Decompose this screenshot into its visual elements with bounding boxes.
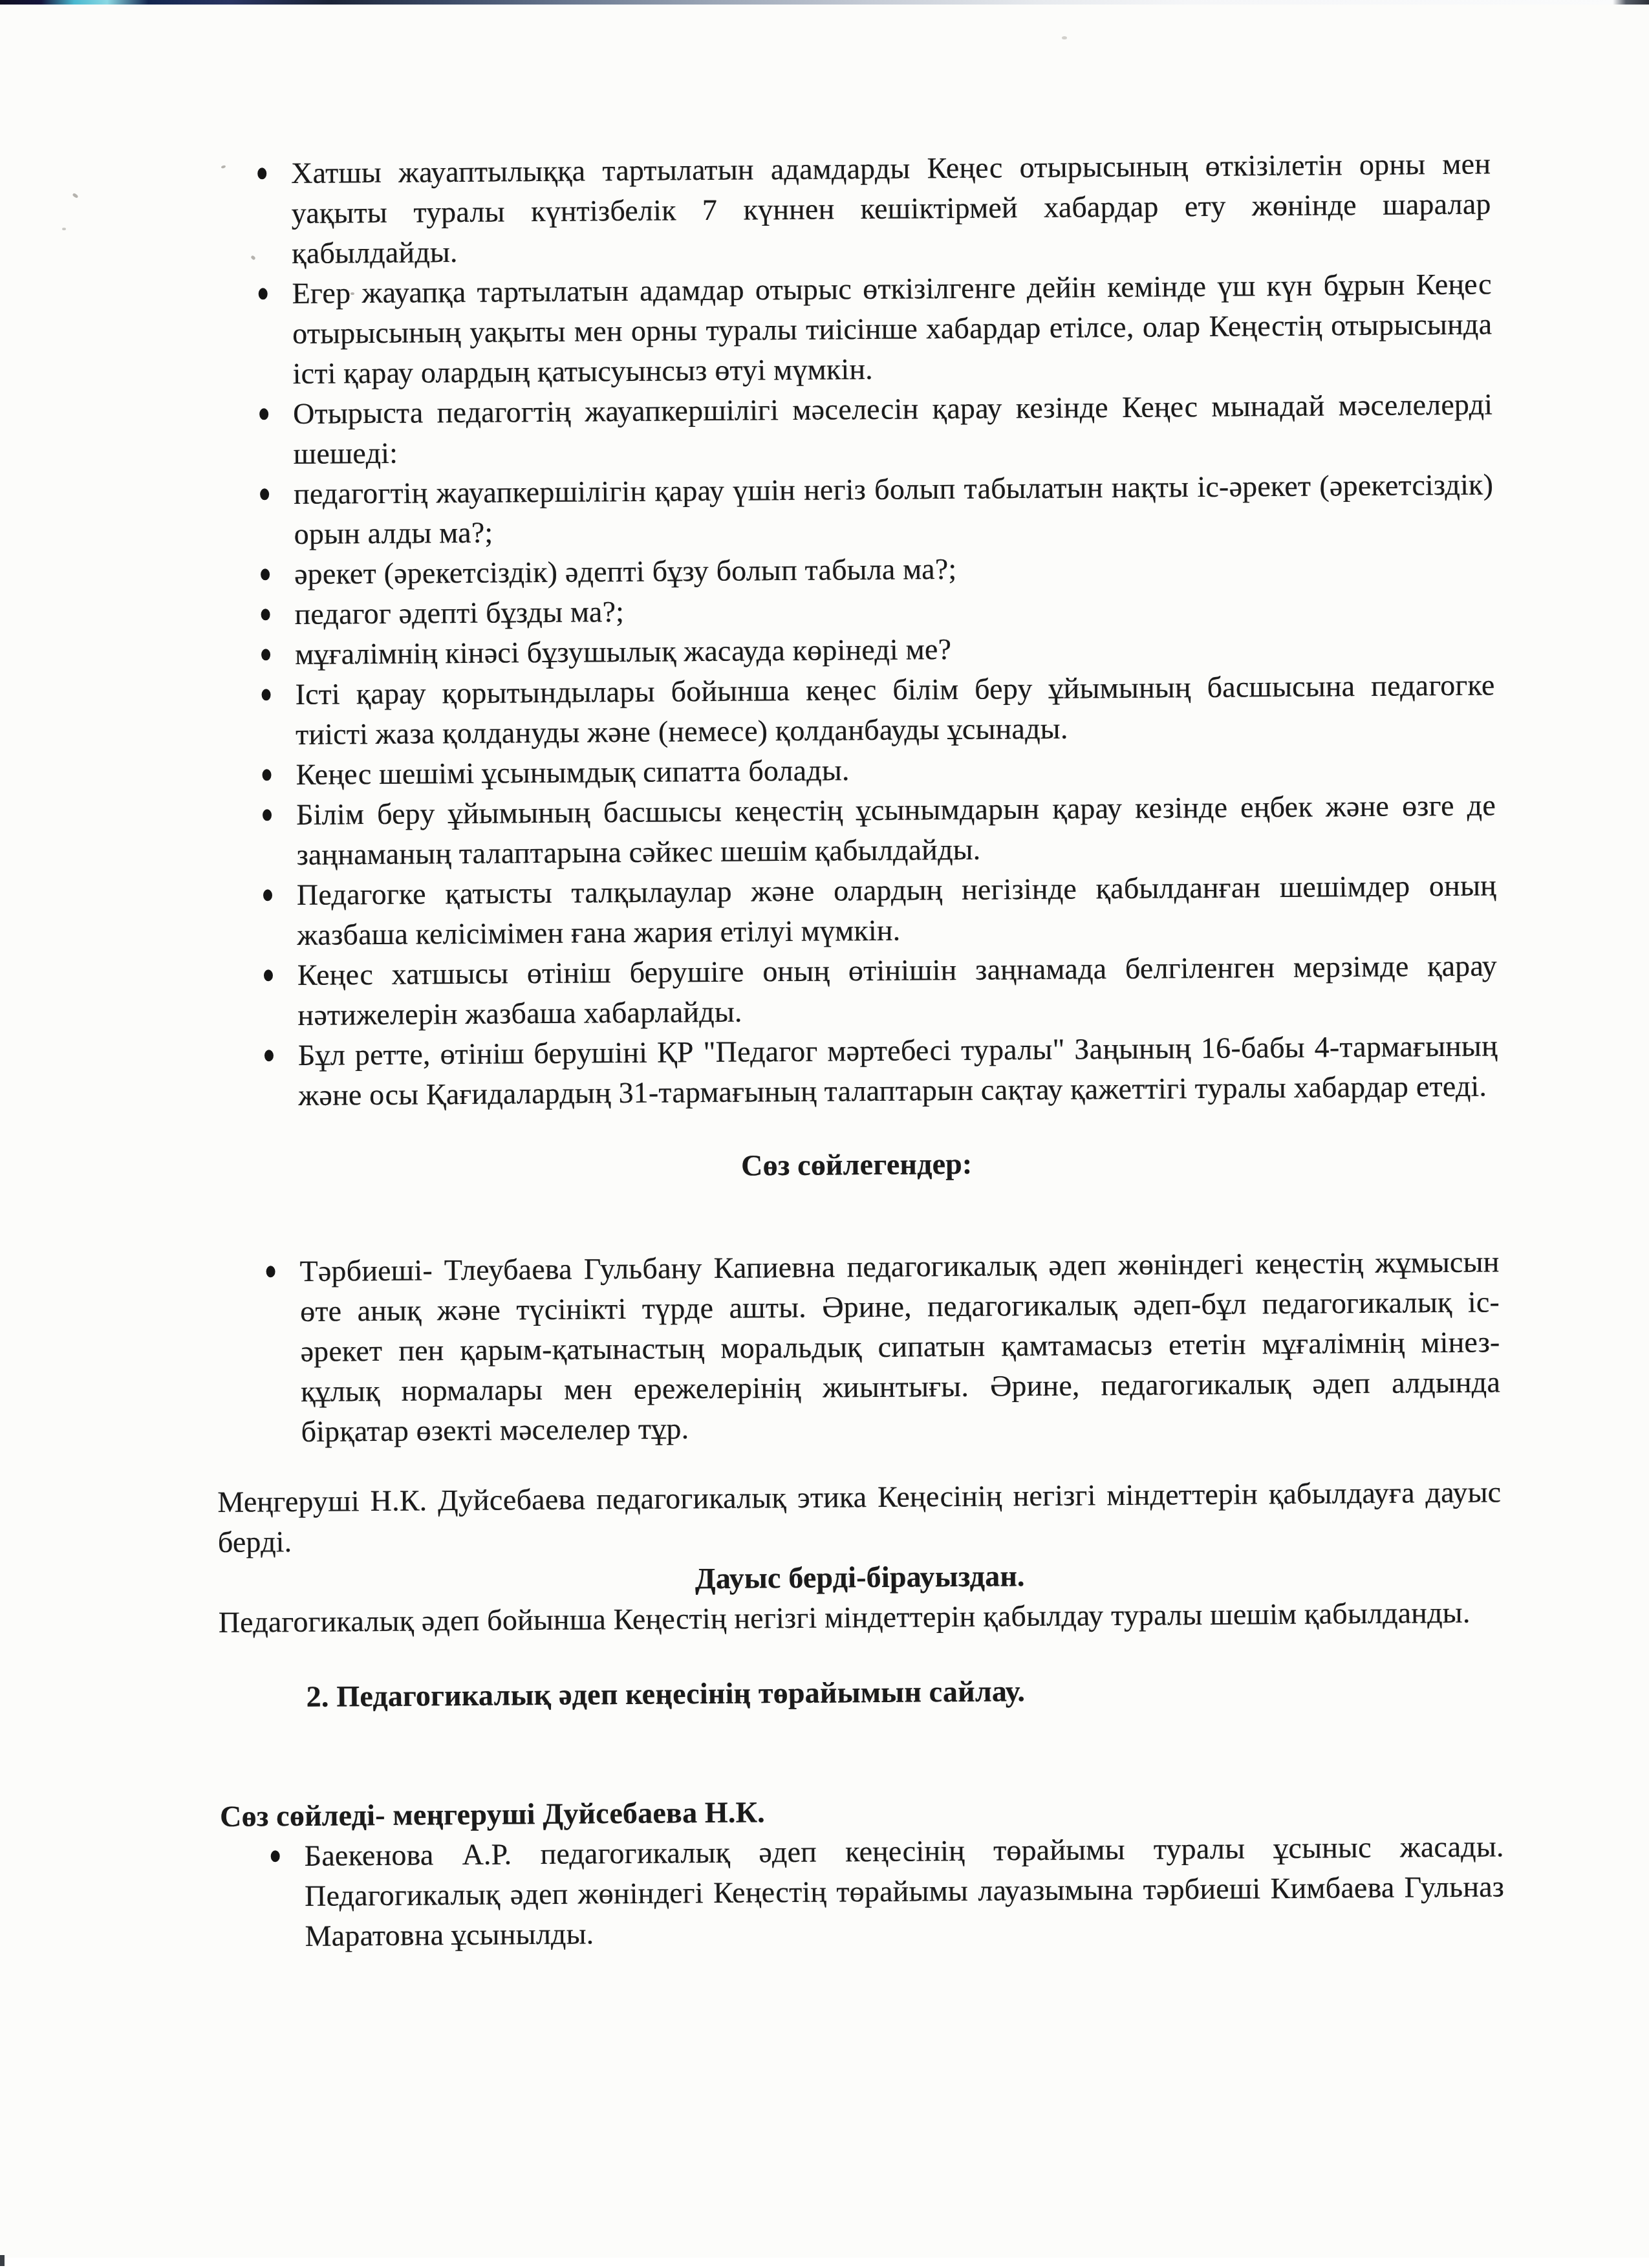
bullet-icon	[262, 769, 271, 781]
agenda-item-2-heading: 2. Педагогикалық әдеп кеңесінің төрайымы…	[219, 1667, 1503, 1718]
document-content: Хатшы жауаптылыққа тартылатын адамдарды …	[207, 144, 1505, 1957]
list-item-text: педагогтің жауапкершілігін қарау үшін не…	[294, 468, 1493, 550]
bullet-icon	[257, 167, 266, 179]
list-item-text: Кеңес хатшысы өтініш берушіге оның өтіні…	[297, 949, 1497, 1031]
scanned-document-page: Хатшы жауаптылыққа тартылатын адамдарды …	[0, 0, 1649, 2268]
list-item: Кеңес хатшысы өтініш берушіге оның өтіні…	[213, 945, 1498, 1036]
bullet-icon	[259, 408, 268, 420]
vote-paragraph: Меңгеруші Н.К. Дуйсебаева педагогикалық …	[217, 1472, 1502, 1562]
list-item-text: Білім беру ұйымының басшысы кеңестің ұсы…	[296, 788, 1496, 871]
bullet-icon	[261, 568, 270, 580]
nomination-list: Баекенова А.Р. педагогикалық әдеп кеңесі…	[220, 1826, 1504, 1957]
bullet-icon	[259, 288, 268, 299]
bullet-icon	[261, 649, 270, 660]
bullet-icon	[263, 809, 272, 821]
list-item: Хатшы жауаптылыққа тартылатын адамдарды …	[207, 144, 1491, 274]
list-item-text: Отырыста педагогтің жауапкершілігі мәсел…	[293, 387, 1493, 470]
scan-speck	[62, 228, 66, 230]
list-item-text: Баекенова А.Р. педагогикалық әдеп кеңесі…	[304, 1830, 1504, 1952]
list-item-text: Кеңес шешімі ұсынымдық сипатта болады.	[296, 753, 850, 791]
council-rules-list: Хатшы жауаптылыққа тартылатын адамдарды …	[207, 144, 1498, 1116]
list-item-text: Хатшы жауаптылыққа тартылатын адамдарды …	[291, 147, 1491, 270]
bullet-icon	[264, 969, 273, 981]
list-item-text: педагог әдепті бұзды ма?;	[294, 595, 624, 631]
list-item: Педагогке қатысты талқылаулар және олард…	[213, 865, 1497, 956]
list-item: Отырыста педагогтің жауапкершілігі мәсел…	[209, 384, 1493, 475]
bullet-icon	[271, 1850, 280, 1862]
list-item: Бұл ретте, өтініш берушіні ҚР "Педагог м…	[214, 1026, 1498, 1116]
scan-speck	[72, 193, 78, 199]
list-item-text: Педагогке қатысты талқылаулар және олард…	[297, 869, 1496, 951]
list-item: педагогтің жауапкершілігін қарау үшін не…	[210, 464, 1494, 555]
bullet-icon	[263, 889, 272, 901]
list-item-text: Бұл ретте, өтініш берушіні ҚР "Педагог м…	[298, 1029, 1498, 1112]
speakers-list: Тәрбиеші- Тлеубаева Гульбану Капиевна пе…	[215, 1242, 1500, 1453]
list-item: Білім беру ұйымының басшысы кеңестің ұсы…	[212, 785, 1496, 876]
speakers-heading: Сөз сөйлегендер:	[215, 1139, 1498, 1190]
bullet-icon	[266, 1266, 275, 1277]
scan-top-edge-artifact	[0, 0, 1649, 5]
list-item-text: Тәрбиеші- Тлеубаева Гульбану Капиевна пе…	[299, 1245, 1500, 1448]
scan-bottom-edge-artifact	[0, 2258, 1649, 2268]
scan-edge-mark	[0, 2255, 5, 2266]
list-item: Баекенова А.Р. педагогикалық әдеп кеңесі…	[220, 1826, 1504, 1957]
scan-speck	[1062, 36, 1067, 39]
list-item: Тәрбиеші- Тлеубаева Гульбану Капиевна пе…	[215, 1242, 1500, 1453]
list-item-text: Егер жауапқа тартылатын адамдар отырыс ө…	[292, 267, 1492, 390]
list-item-text: әрекет (әрекетсіздік) әдепті бұзу болып …	[294, 552, 957, 590]
list-item: Істі қарау қорытындылары бойынша кеңес б…	[211, 665, 1495, 755]
bullet-icon	[262, 689, 271, 700]
bullet-icon	[261, 609, 270, 620]
bullet-icon	[260, 488, 269, 500]
bullet-icon	[264, 1050, 274, 1061]
list-item-text: мұғалімнің кінәсі бұзушылық жасауда көрі…	[295, 632, 952, 671]
list-item: Егер жауапқа тартылатын адамдар отырыс ө…	[208, 264, 1492, 394]
list-item-text: Істі қарау қорытындылары бойынша кеңес б…	[295, 668, 1494, 751]
